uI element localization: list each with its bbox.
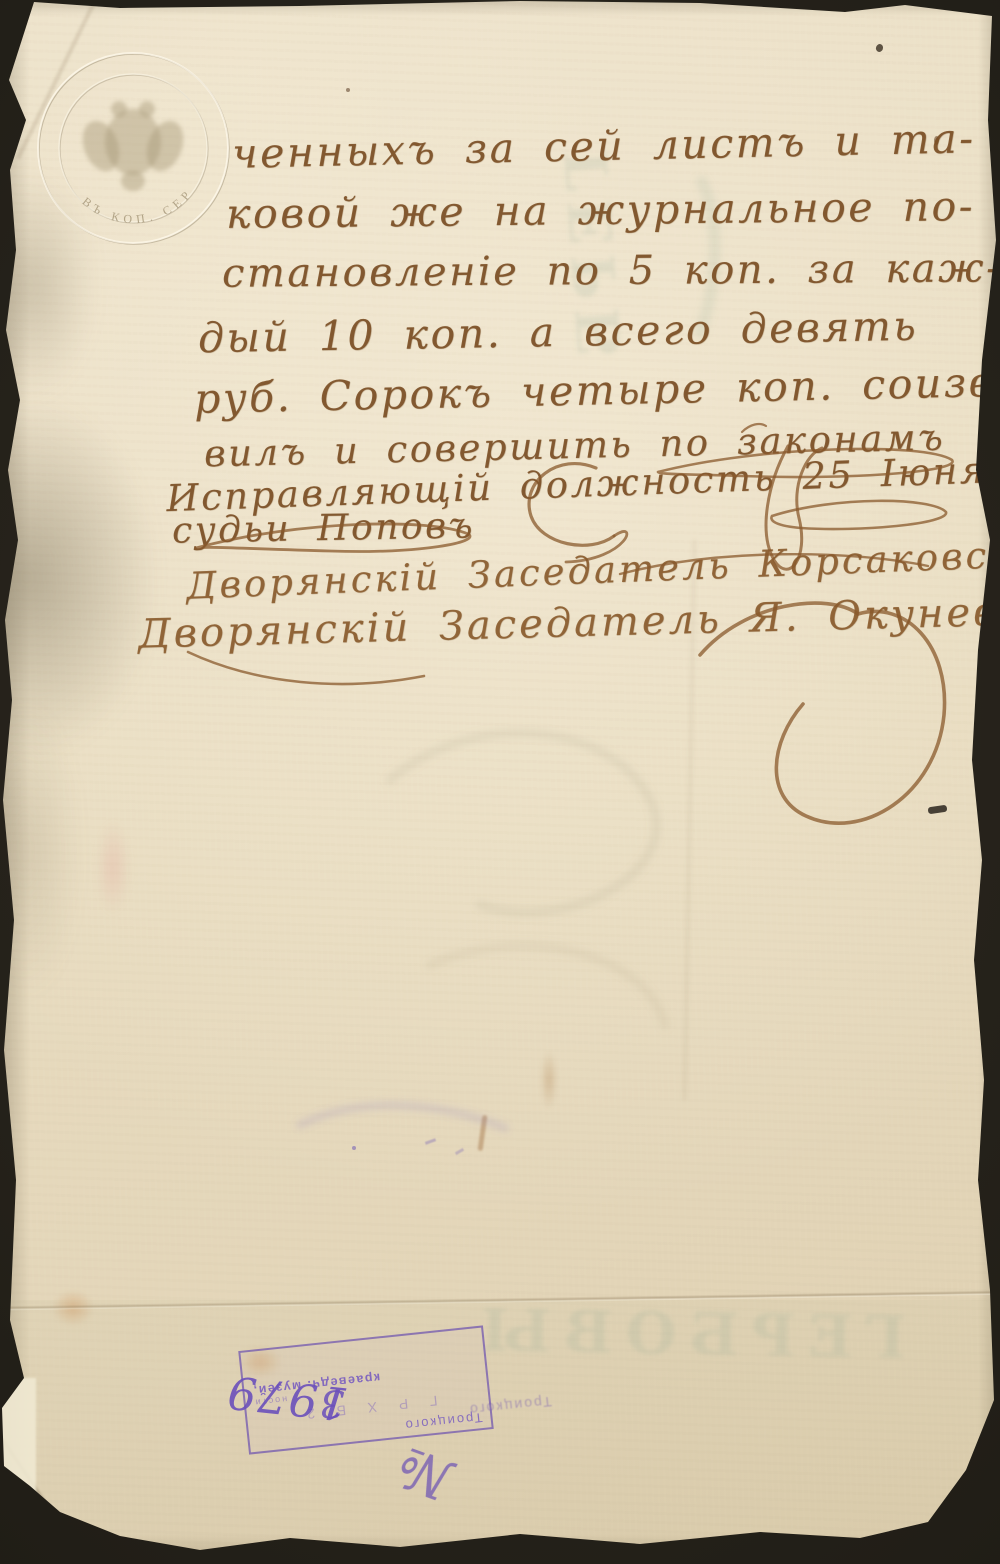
torn-pale-chunk [0, 1378, 36, 1493]
edge-shadow-top [0, 0, 1000, 16]
manuscript-line: становленіе по 5 коп. за каж- [222, 245, 1000, 296]
numero-mark-handwritten: № [388, 1433, 460, 1512]
seal-outer-ring-shadow [39, 54, 229, 244]
fox-spot-1 [540, 1050, 558, 1110]
seal-arc-text: ВЪ КОП. СЕР [80, 185, 196, 226]
museum-stamp: Троицкого Г Р Х Б 2 ности краеведч. музе… [238, 1325, 494, 1454]
ink-fleck-top [875, 43, 884, 53]
seal-inner-ring [59, 74, 207, 222]
ink-dot-small [346, 88, 350, 92]
crease-top-left [17, 0, 96, 159]
edge-shadow-left [0, 0, 30, 1564]
rust-cross-mark [52, 1290, 94, 1326]
manuscript-line: руб. Сорокъ четыре коп. соизво- [194, 357, 1000, 423]
seal-outer-ring [38, 53, 228, 243]
edge-shadow-bottom [0, 1534, 1000, 1564]
paper-sheet: ВЪ КОП. СЕР ГЕРБ ГЕРБОВЫ ченныхъ за сей … [0, 0, 1000, 1564]
seal-inner-ring-shadow [60, 75, 208, 223]
fold-crease-horizontal [0, 1290, 1000, 1311]
stamp-number-handwritten: 3 [319, 1381, 345, 1426]
manuscript-line: ченныхъ за сей листъ и та- [232, 114, 976, 178]
purple-speck-2 [425, 1138, 436, 1145]
purple-speck-1 [352, 1146, 356, 1150]
purple-speck-3 [455, 1148, 464, 1155]
pink-stain [96, 820, 130, 915]
water-stain-left-large [0, 395, 160, 760]
edge-shadow-right [978, 0, 1000, 1564]
manuscript-line: ковой же на журнальное по- [226, 182, 975, 238]
brown-dash [478, 1115, 488, 1151]
fold-shade-band [0, 1300, 1000, 1564]
photo-stage: ВЪ КОП. СЕР ГЕРБ ГЕРБОВЫ ченныхъ за сей … [0, 0, 1000, 1564]
tear-right-edge [928, 805, 948, 815]
seal-eagle-emblem [76, 101, 190, 191]
crease-bottom-left [0, 1405, 84, 1560]
manuscript-line: дый 10 коп. а всего девять [198, 302, 919, 363]
manuscript-line: судьи Поповъ [172, 505, 476, 551]
embossed-seal: ВЪ КОП. СЕР [28, 46, 240, 258]
water-stain-left-lower [0, 700, 80, 1000]
water-stain-left-upper [0, 170, 95, 400]
bleedthrough-print-bottom: ГЕРБОВЫ [467, 1296, 906, 1372]
